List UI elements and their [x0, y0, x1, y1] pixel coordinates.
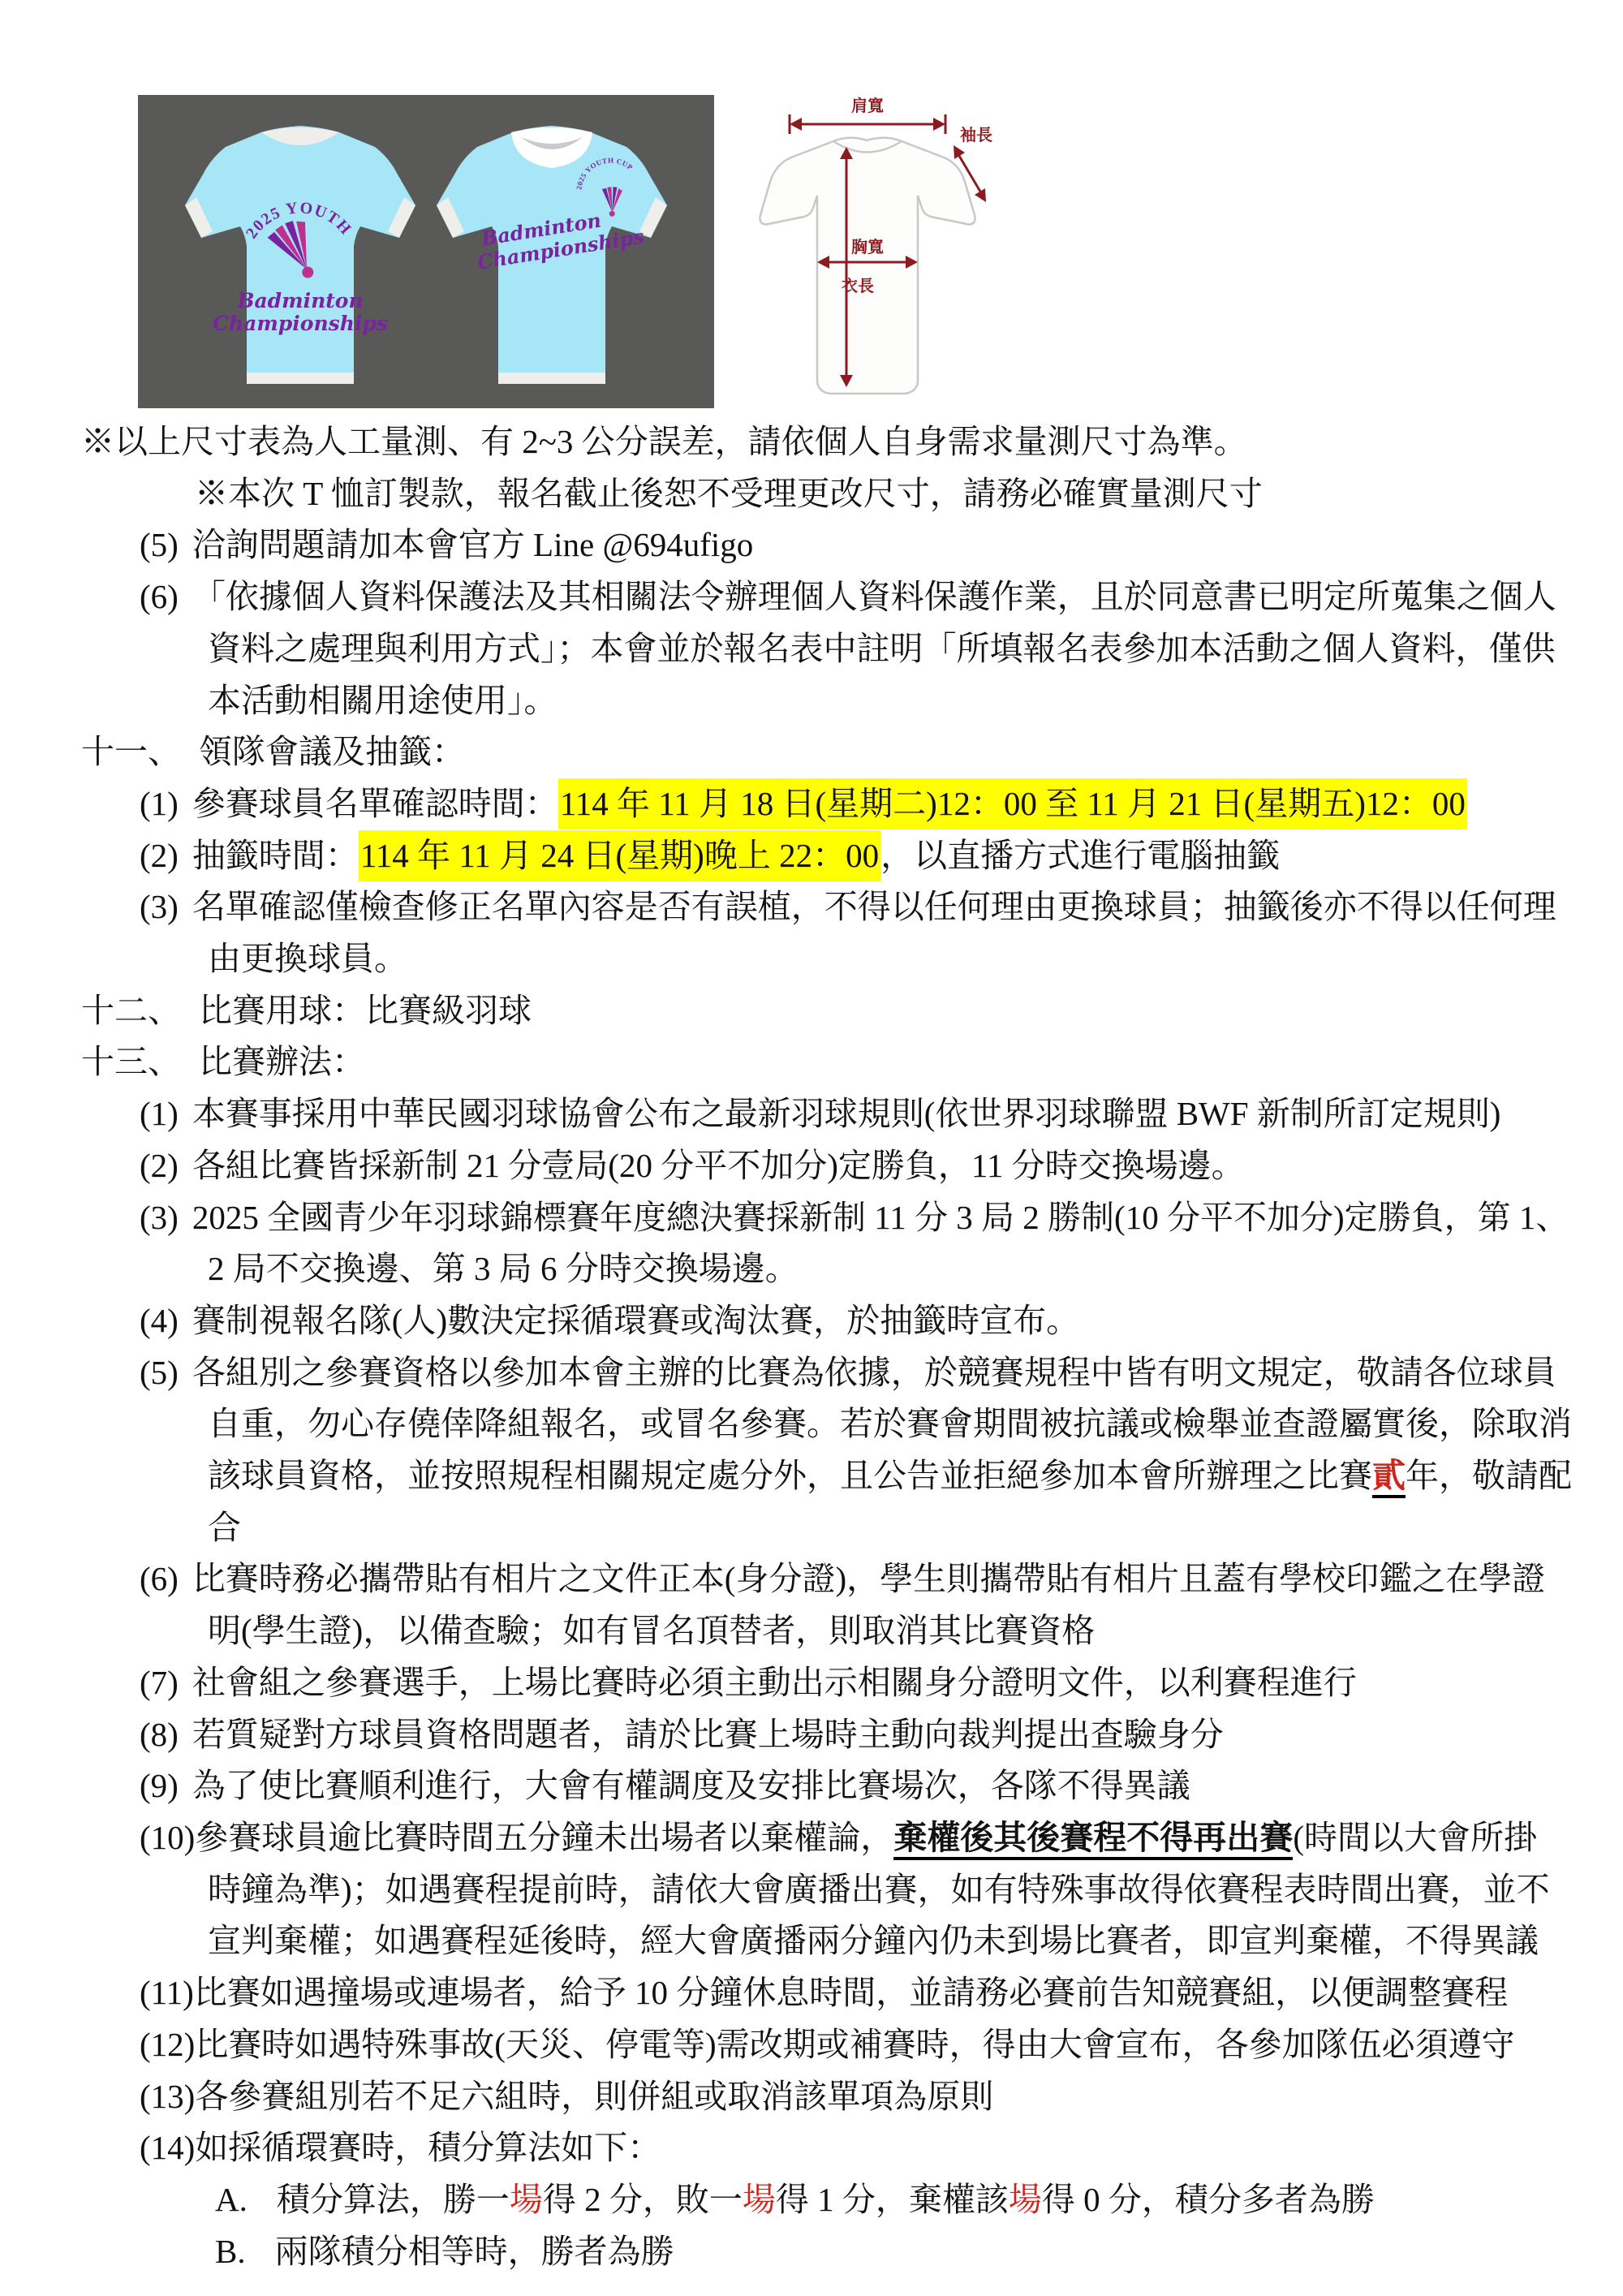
item-text: 抽籤時間：: [192, 837, 359, 874]
item-text: 各組比賽皆採新制 21 分壹局(20 分平不加分)定勝負，11 分時交換場邊。: [192, 1147, 1245, 1184]
item-number: (11): [140, 1974, 194, 2011]
item-text: 賽制視報名隊(人)數決定採循環賽或淘汰賽，於抽籤時宣布。: [192, 1302, 1079, 1339]
section-title: 比賽辦法：: [199, 1043, 365, 1080]
general-item-6-line3: 本活動相關用途使用」。: [0, 675, 1623, 727]
item-text: 如採循環賽時，積分算法如下：: [195, 2129, 661, 2166]
item-text: 社會組之參賽選手，上場比賽時必須主動出示相關身分證明文件，以利賽程進行: [192, 1664, 1357, 1701]
shirt-back-hem: [498, 373, 605, 384]
item-text: 合: [208, 1509, 241, 1546]
item-text: 各參賽組別若不足六組時，則併組或取消該單項為原則: [195, 2078, 993, 2115]
item-text: 宣判棄權；如遇賽程延後時，經大會廣播兩分鐘內仍未到場比賽者，即宣判棄權，不得異議: [208, 1922, 1539, 1959]
note-custom-line: ※本次 T 恤訂製款，報名截止後恕不受理更改尺寸，請務必確實量測尺寸: [0, 468, 1623, 520]
sub-item-letter: B.: [215, 2233, 246, 2270]
item-number: (1): [140, 1095, 179, 1132]
section-number: 十一、: [81, 733, 181, 770]
sleeve-length-label: 袖長: [960, 125, 992, 144]
sec13-item-12: (12)比賽時如遇特殊事故(天災、停電等)需改期或補賽時，得由大會宣布，各參加隊…: [0, 2019, 1623, 2071]
highlighted-draw-time: 114 年 11 月 24 日(星期)晚上 22：00: [359, 830, 880, 881]
sec13-item-2: (2)各組比賽皆採新制 21 分壹局(20 分平不加分)定勝負，11 分時交換場…: [0, 1140, 1623, 1192]
item-number: (14): [140, 2129, 195, 2166]
item-text: 得 1 分，棄權該: [776, 2181, 1009, 2218]
item-number: (8): [140, 1716, 179, 1753]
section-13-header: 十三、比賽辦法：: [0, 1036, 1623, 1088]
sec11-item-3-line2: 由更換球員。: [0, 933, 1623, 985]
sec13-item-5-line3: 該球員資格，並按照規程相關規定處分外，且公告並拒絕參加本會所辦理之比賽貳年，敬請…: [0, 1450, 1623, 1502]
diagram-shirt-outline: [760, 138, 975, 394]
item-number: (7): [140, 1664, 179, 1701]
item-number: (1): [140, 785, 179, 822]
sec13-item-14-B: B.兩隊積分相等時，勝者為勝: [0, 2226, 1623, 2278]
item-text: (時間以大會所掛: [1293, 1819, 1537, 1856]
section-12-header: 十二、比賽用球：比賽級羽球: [0, 985, 1623, 1037]
item-text: 名單確認僅檢查修正名單內容是否有誤植，不得以任何理由更換球員；抽籤後亦不得以任何…: [192, 888, 1556, 925]
item-text: 參賽球員名單確認時間：: [192, 785, 558, 822]
sec13-item-3-line2: 2 局不交換邊、第 3 局 6 分時交換場邊。: [0, 1243, 1623, 1295]
bold-underlined-text: 棄權後其後賽程不得再出賽: [893, 1819, 1293, 1860]
sec13-item-5-line1: (5)各組別之參賽資格以參加本會主辦的比賽為依據，於競賽規程中皆有明文規定，敬請…: [0, 1347, 1623, 1399]
item-text: 得 0 分，積分多者為勝: [1042, 2181, 1375, 2218]
item-text: 自重，勿心存僥倖降組報名，或冒名參賽。若於賽會期間被抗議或檢舉並查證屬實後，除取…: [208, 1405, 1572, 1442]
shoulder-width-label: 肩寬: [851, 96, 884, 115]
sec13-item-10-line3: 宣判棄權；如遇賽程延後時，經大會廣播兩分鐘內仍未到場比賽者，即宣判棄權，不得異議: [0, 1915, 1623, 1967]
general-item-6-line2: 資料之處理與利用方式」；本會並於報名表中註明「所填報名表參加本活動之個人資料，僅…: [0, 623, 1623, 675]
sec13-item-6-line2: 明(學生證)，以備查驗；如有冒名頂替者，則取消其比賽資格: [0, 1605, 1623, 1657]
sec13-item-1: (1)本賽事採用中華民國羽球協會公布之最新羽球規則(依世界羽球聯盟 BWF 新制…: [0, 1088, 1623, 1140]
item-text: 比賽時務必攜帶貼有相片之文件正本(身分證)，學生則攜帶貼有相片且蓋有學校印鑑之在…: [192, 1560, 1545, 1597]
section-number: 十二、: [81, 992, 181, 1029]
document-text: ※以上尺寸表為人工量測、有 2~3 公分誤差，請依個人自身需求量測尺寸為準。 ※…: [0, 416, 1623, 2277]
item-number: (13): [140, 2078, 195, 2115]
sec13-item-13: (13)各參賽組別若不足六組時，則併組或取消該單項為原則: [0, 2071, 1623, 2123]
sec13-item-14: (14)如採循環賽時，積分算法如下：: [0, 2122, 1623, 2174]
sec13-item-10-line2: 時鐘為準)；如遇賽程提前時，請依大會廣播出賽，如有特殊事故得依賽程表時間出賽，並…: [0, 1864, 1623, 1916]
red-char: 場: [1009, 2181, 1042, 2218]
highlighted-date-range: 114 年 11 月 18 日(星期二)12：00 至 11 月 21 日(星期…: [558, 778, 1467, 829]
item-number: (9): [140, 1767, 179, 1804]
item-text: 2 局不交換邊、第 3 局 6 分時交換場邊。: [208, 1250, 799, 1287]
item-text: 為了使比賽順利進行，大會有權調度及安排比賽場次，各隊不得異議: [192, 1767, 1190, 1804]
sec13-item-11: (11)比賽如遇撞場或連場者，給予 10 分鐘休息時間，並請務必賽前告知競賽組，…: [0, 1967, 1623, 2019]
sec13-item-6-line1: (6)比賽時務必攜帶貼有相片之文件正本(身分證)，學生則攜帶貼有相片且蓋有學校印…: [0, 1553, 1623, 1605]
item-text: 本活動相關用途使用」。: [208, 682, 558, 719]
item-text: 時鐘為準)；如遇賽程提前時，請依大會廣播出賽，如有特殊事故得依賽程表時間出賽，並…: [208, 1871, 1550, 1908]
sub-item-letter: A.: [215, 2181, 248, 2218]
item-number: (2): [140, 1147, 179, 1184]
item-text: 得 2 分，敗一: [543, 2181, 743, 2218]
sec13-item-9: (9)為了使比賽順利進行，大會有權調度及安排比賽場次，各隊不得異議: [0, 1760, 1623, 1812]
item-number: (12): [140, 2026, 195, 2063]
section-11-header: 十一、領隊會議及抽籤：: [0, 726, 1623, 778]
size-diagram-image: 肩寬 袖長 胸寬 衣長: [733, 92, 1001, 413]
gray-panel-background: [138, 95, 714, 408]
sec11-item-3-line1: (3)名單確認僅檢查修正名單內容是否有誤植，不得以任何理由更換球員；抽籤後亦不得…: [0, 881, 1623, 933]
item-text: 本賽事採用中華民國羽球協會公布之最新羽球規則(依世界羽球聯盟 BWF 新制所訂定…: [192, 1095, 1501, 1132]
item-number: (3): [140, 888, 179, 925]
sec13-item-7: (7)社會組之參賽選手，上場比賽時必須主動出示相關身分證明文件，以利賽程進行: [0, 1657, 1623, 1709]
item-text: 資料之處理與利用方式」；本會並於報名表中註明「所填報名表參加本活動之個人資料，僅…: [208, 630, 1556, 667]
red-char: 場: [510, 2181, 543, 2218]
general-item-6-line1: (6)「依據個人資料保護法及其相關法令辦理個人資料保護作業，且於同意書已明定所蒐…: [0, 571, 1623, 623]
item-text: 積分算法，勝一: [277, 2181, 510, 2218]
item-number: (6): [140, 1560, 179, 1597]
item-text: 參賽球員逾比賽時間五分鐘未出場者以棄權論，: [195, 1819, 893, 1856]
item-text: 該球員資格，並按照規程相關規定處分外，且公告並拒絕參加本會所辦理之比賽: [208, 1457, 1372, 1494]
item-text: 「依據個人資料保護法及其相關法令辦理個人資料保護作業，且於同意書已明定所蒐集之個…: [192, 578, 1556, 615]
shoulder-width-arrow: [790, 114, 945, 134]
shirt-front-script-line1: Badminton: [236, 289, 363, 312]
sec13-item-10-line1: (10)參賽球員逾比賽時間五分鐘未出場者以棄權論，棄權後其後賽程不得再出賽(時間…: [0, 1812, 1623, 1864]
general-item-5: (5)洽詢問題請加本會官方 Line @694ufigo: [0, 519, 1623, 571]
sec11-item-2: (2)抽籤時間：114 年 11 月 24 日(星期)晚上 22：00，以直播方…: [0, 830, 1623, 882]
item-text: 明(學生證)，以備查驗；如有冒名頂替者，則取消其比賽資格: [208, 1612, 1095, 1649]
section-title: 比賽用球：比賽級羽球: [199, 992, 532, 1029]
section-number: 十三、: [81, 1043, 181, 1080]
red-char: 場: [743, 2181, 776, 2218]
item-number: (5): [140, 526, 179, 563]
shirt-mockup-image: 2025 YOUTH CUP Badminton Championships B…: [138, 95, 714, 408]
sec11-item-1: (1)參賽球員名單確認時間：114 年 11 月 18 日(星期二)12：00 …: [0, 778, 1623, 830]
item-text: 年，敬請配: [1406, 1457, 1572, 1494]
garment-length-label: 衣長: [842, 276, 874, 295]
item-text: ，以直播方式進行電腦抽籤: [880, 837, 1280, 874]
sec13-item-5-line4: 合: [0, 1502, 1623, 1554]
shirt-front-hem: [247, 373, 354, 384]
item-text: 比賽時如遇特殊事故(天災、停電等)需改期或補賽時，得由大會宣布，各參加隊伍必須遵…: [195, 2026, 1514, 2063]
note-text: ※本次 T 恤訂製款，報名截止後恕不受理更改尺寸，請務必確實量測尺寸: [195, 475, 1263, 512]
item-text: 各組別之參賽資格以參加本會主辦的比賽為依據，於競賽規程中皆有明文規定，敬請各位球…: [192, 1354, 1556, 1391]
sec13-item-14-A: A.積分算法，勝一場得 2 分，敗一場得 1 分，棄權該場得 0 分，積分多者為…: [0, 2174, 1623, 2226]
document-page: 2025 YOUTH CUP Badminton Championships B…: [0, 0, 1623, 2296]
item-text: 由更換球員。: [208, 940, 407, 977]
sec13-item-8: (8)若質疑對方球員資格問題者，請於比賽上場時主動向裁判提出查驗身分: [0, 1709, 1623, 1761]
item-text: 洽詢問題請加本會官方 Line @694ufigo: [192, 526, 753, 563]
item-text: 比賽如遇撞場或連場者，給予 10 分鐘休息時間，並請務必賽前告知競賽組，以便調整…: [194, 1974, 1509, 2011]
item-number: (4): [140, 1302, 179, 1339]
chest-width-label: 胸寬: [851, 237, 884, 256]
shirt-front-script-line2: Championships: [213, 312, 388, 335]
sec13-item-5-line2: 自重，勿心存僥倖降組報名，或冒名參賽。若於賽會期間被抗議或檢舉並查證屬實後，除取…: [0, 1398, 1623, 1450]
note-measure-line: ※以上尺寸表為人工量測、有 2~3 公分誤差，請依個人自身需求量測尺寸為準。: [0, 416, 1623, 468]
item-number: (6): [140, 578, 179, 615]
item-text: 2025 全國青少年羽球錦標賽年度總決賽採新制 11 分 3 局 2 勝制(10…: [192, 1199, 1569, 1236]
item-number: (2): [140, 837, 179, 874]
item-number: (3): [140, 1199, 179, 1236]
note-text: ※以上尺寸表為人工量測、有 2~3 公分誤差，請依個人自身需求量測尺寸為準。: [81, 423, 1247, 460]
item-number: (5): [140, 1354, 179, 1391]
item-number: (10): [140, 1819, 195, 1856]
sec13-item-4: (4)賽制視報名隊(人)數決定採循環賽或淘汰賽，於抽籤時宣布。: [0, 1295, 1623, 1347]
red-underlined-char: 貳: [1372, 1457, 1406, 1498]
item-text: 若質疑對方球員資格問題者，請於比賽上場時主動向裁判提出查驗身分: [192, 1716, 1224, 1753]
item-text: 兩隊積分相等時，勝者為勝: [275, 2233, 674, 2270]
sec13-item-3-line1: (3)2025 全國青少年羽球錦標賽年度總決賽採新制 11 分 3 局 2 勝制…: [0, 1192, 1623, 1244]
section-title: 領隊會議及抽籤：: [199, 733, 465, 770]
